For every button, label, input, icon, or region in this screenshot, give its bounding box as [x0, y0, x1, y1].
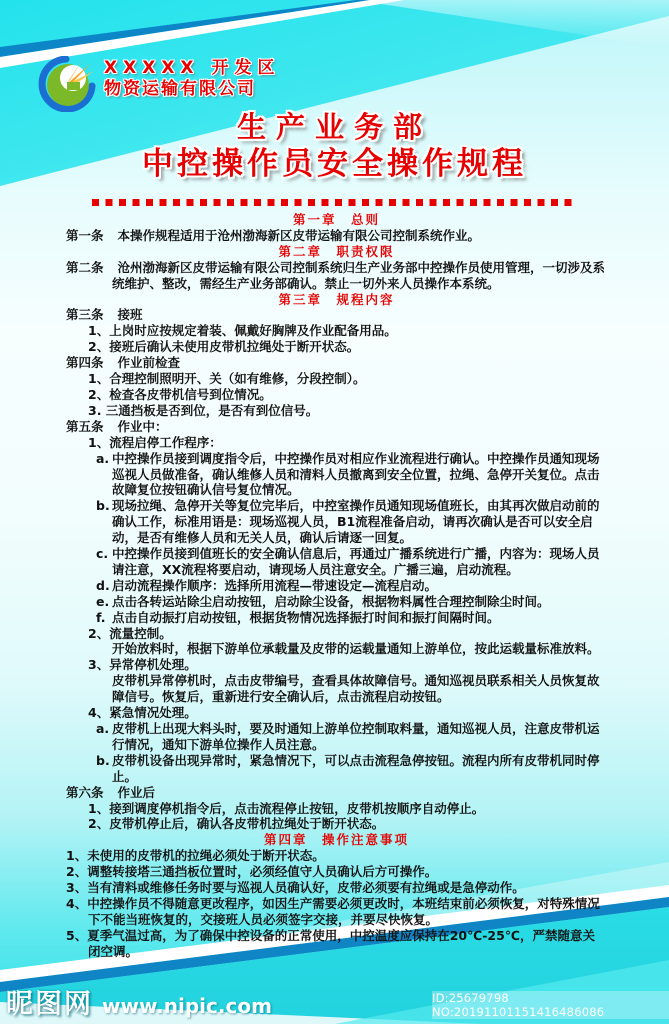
nipic-watermark: 昵图网 www.nipic.com: [6, 982, 272, 1021]
doc-line: 第二条沧州渤海新区皮带运输有限公司控制系统归生产业务部中控操作员使用管理，一切涉…: [66, 260, 607, 292]
doc-line: 第一条本操作规程适用于沧州渤海新区皮带运输有限公司控制系统作业。: [66, 228, 607, 244]
doc-line: 2、流量控制。: [88, 626, 607, 642]
doc-line: 4、中控操作员不得随意更改程序，如因生产需要必须更改时，本班结束前必须恢复，对特…: [66, 896, 607, 928]
chapter-heading: 第一章 总则: [66, 212, 607, 228]
company-name: XXXXX 开发区 物资运输有限公司: [104, 56, 280, 100]
company-logo-icon: [36, 56, 96, 112]
doc-line: 3. 三通挡板是否到位，是否有到位信号。: [88, 403, 607, 419]
doc-line: 1、上岗时应按规定着装、佩戴好胸牌及作业配备用品。: [88, 323, 607, 339]
doc-line: d.启动流程操作顺序：选择所用流程—带速设定—流程启动。: [96, 578, 607, 594]
doc-line: 第四条作业前检查: [66, 355, 607, 371]
doc-line: f.点击自动振打启动按钮，根据货物情况选择振打时间和振打间隔时间。: [96, 610, 607, 626]
doc-line: 3、异常停机处理。: [88, 657, 607, 673]
dotted-separator: [92, 199, 578, 206]
line-label: 第三条: [66, 307, 104, 322]
line-label: e.: [96, 594, 112, 610]
doc-line: 2、皮带机停止后，确认各皮带机拉绳处于断开状态。: [88, 816, 607, 832]
doc-line: 5、夏季气温过高，为了确保中控设备的正常使用，中控温度应保持在20℃-25℃，严…: [66, 928, 607, 960]
line-label: b.: [96, 753, 112, 769]
doc-line: 1、合理控制照明开、关（如有维修，分段控制）。: [88, 371, 607, 387]
line-label: 第五条: [66, 419, 104, 434]
chapter-heading: 第三章 规程内容: [66, 292, 607, 308]
doc-line: 第六条作业后: [66, 785, 607, 801]
nipic-watermark-url: www.nipic.com: [102, 994, 272, 1018]
doc-line: 1、流程启停工作程序：: [88, 435, 607, 451]
line-label: a.: [96, 721, 112, 737]
chapter-heading: 第二章 职责权限: [66, 244, 607, 260]
doc-line: 3、当有清料或维修任务时要与巡视人员确认好，皮带必须要有拉绳或是急停动作。: [66, 880, 607, 896]
doc-line: 4、紧急情况处理。: [88, 705, 607, 721]
chapter-heading: 第四章 操作注意事项: [66, 832, 607, 848]
doc-line: 第五条作业中：: [66, 419, 607, 435]
line-label: c.: [96, 546, 112, 562]
doc-line: 皮带机异常停机时，点击皮带编号，查看具体故障信号。通知巡视员联系相关人员恢复故障…: [112, 673, 607, 705]
doc-line: 2、接班后确认未使用皮带机拉绳处于断开状态。: [88, 339, 607, 355]
line-label: 第一条: [66, 228, 104, 243]
doc-line: 开始放料时，根据下游单位承载量及皮带的运载量通知上游单位，按此运载量标准放料。: [112, 641, 607, 657]
line-label: f.: [96, 610, 112, 626]
title-line1: 生产业务部: [0, 110, 669, 144]
line-label: 第二条: [66, 260, 104, 275]
title-line2: 中控操作员安全操作规程: [0, 144, 669, 184]
line-label: 第四条: [66, 355, 104, 370]
title-block: 生产业务部 中控操作员安全操作规程: [0, 110, 669, 184]
doc-line: b.皮带机设备出现异常时，紧急情况下，可以点击流程急停按钮。流程内所有皮带机同时…: [96, 753, 607, 785]
doc-line: 2、检查各皮带机信号到位情况。: [88, 387, 607, 403]
header: XXXXX 开发区 物资运输有限公司: [36, 56, 280, 112]
doc-line: a.皮带机上出现大料头时，要及时通知上游单位控制取料量，通知巡视人员，注意皮带机…: [96, 721, 607, 753]
doc-line: 2、调整转接塔三通挡板位置时，必须经值守人员确认后方可操作。: [66, 864, 607, 880]
regulation-text: 第一章 总则第一条本操作规程适用于沧州渤海新区皮带运输有限公司控制系统作业。第二…: [66, 212, 607, 960]
doc-line: 1、接到调度停机指令后，点击流程停止按钮，皮带机按顺序自动停止。: [88, 801, 607, 817]
line-label: b.: [96, 498, 112, 514]
company-name-line1: XXXXX 开发区: [104, 58, 280, 79]
poster: XXXXX 开发区 物资运输有限公司 生产业务部 中控操作员安全操作规程 第一章…: [0, 0, 669, 1024]
doc-line: c.中控操作员接到值班长的安全确认信息后，再通过广播系统进行广播，内容为：现场人…: [96, 546, 607, 578]
doc-line: 1、未使用的皮带机的拉绳必须处于断开状态。: [66, 848, 607, 864]
nipic-watermark-cn: 昵图网: [6, 982, 93, 1021]
line-label: 第六条: [66, 785, 104, 800]
line-label: d.: [96, 578, 112, 594]
doc-line: 第三条接班: [66, 307, 607, 323]
line-label: a.: [96, 451, 112, 467]
company-name-line2: 物资运输有限公司: [104, 79, 280, 100]
doc-line: a.中控操作员接到调度指令后，中控操作员对相应作业流程进行确认。中控操作员通知现…: [96, 451, 607, 499]
doc-line: b.现场拉绳、急停开关等复位完毕后，中控室操作员通知现场值班长，由其再次做启动前…: [96, 498, 607, 546]
image-id-badge: ID:25679798 NO:20191101151416486086: [432, 991, 669, 1019]
doc-line: e.点击各转运站除尘启动按钮，启动除尘设备，根据物料属性合理控制除尘时间。: [96, 594, 607, 610]
